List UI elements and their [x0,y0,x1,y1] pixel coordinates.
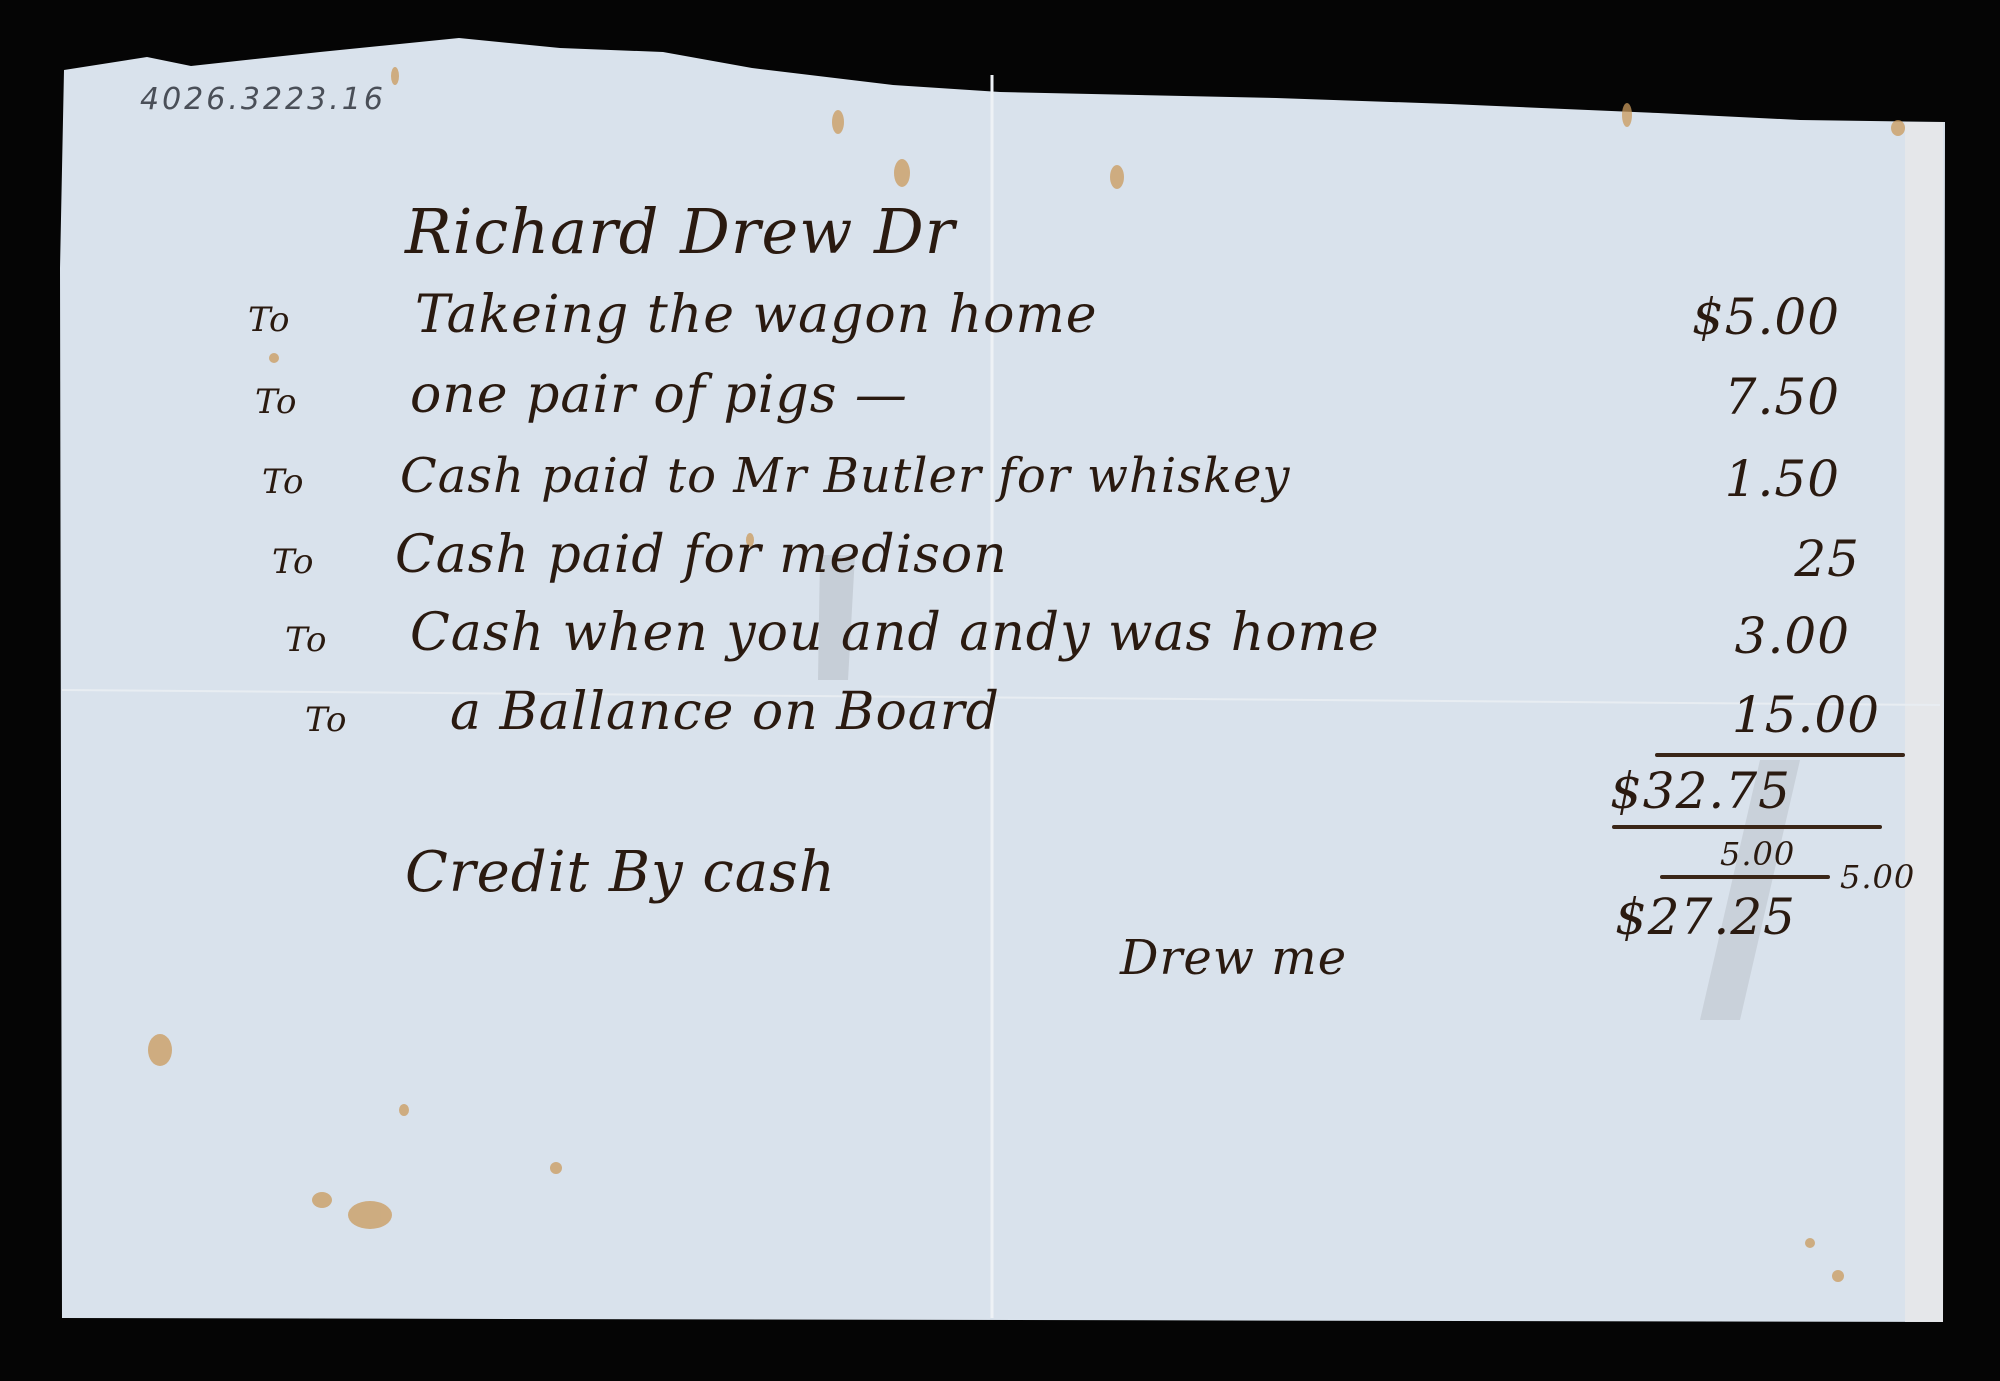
sum-rule-top [1655,753,1905,757]
line-description: one pair of pigs — [410,365,908,425]
total-due: $27.25 [1615,888,1796,946]
line-description: Cash paid to Mr Butler for whiskey [400,448,1291,504]
line-description: Cash when you and andy was home [410,603,1380,663]
signature: Drew me [1120,930,1347,986]
account-heading: Richard Drew Dr [405,195,955,268]
line-marker: To [262,462,305,502]
credit-amount: 5.00 [1720,835,1795,873]
line-description: Cash paid for medison [395,525,1008,585]
line-amount: 15.00 [1620,686,1880,744]
credit-label: Credit By cash [405,840,836,905]
line-description: a Ballance on Board [450,682,1000,742]
line-amount: 1.50 [1580,450,1840,508]
sum-rule-bottom [1660,875,1830,879]
subtotal: $32.75 [1610,762,1791,820]
line-description: Takeing the wagon home [415,285,1098,345]
line-marker: To [255,382,298,422]
credit-amount-margin: 5.00 [1840,858,1915,896]
line-marker: To [305,700,348,740]
line-amount: $5.00 [1580,288,1840,346]
line-amount: 7.50 [1580,368,1840,426]
line-marker: To [272,542,315,582]
catalog-number: 4026.3223.16 [140,82,386,117]
line-marker: To [248,300,291,340]
letter-sheet: 4026.3223.16 Richard Drew Dr To Takeing … [0,0,2000,1381]
sum-rule-middle [1612,825,1882,829]
line-amount: 25 [1600,530,1860,588]
line-amount: 3.00 [1590,607,1850,665]
line-marker: To [285,620,328,660]
